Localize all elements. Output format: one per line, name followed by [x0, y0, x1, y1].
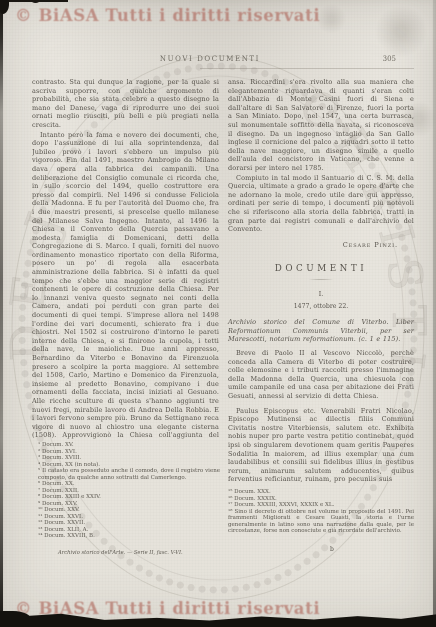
left-footnotes: ¹ Docum. XV. ² Docum. XVI. ³ Docum. XVII… [38, 442, 220, 540]
archive-citation: Archivio storico del Comune di Viterbo. … [228, 318, 414, 344]
scan-corner-bottom-left [0, 611, 32, 627]
latin-bull-text: Paulus Episcopus etc. Venerabili Fratri … [228, 407, 414, 484]
signature-mark: b [330, 546, 334, 553]
right-column: ansa. Riccardini s'era rivolto alla sua … [228, 78, 414, 478]
copyright-watermark-top: © BiASA Tutti i diritti riservati [15, 6, 320, 26]
footnote: ¹⁸ Sino il decreto di ottobre nel volume… [228, 509, 414, 535]
page-number: 305 [383, 55, 396, 63]
scan-edge-left [0, 0, 3, 627]
right-paragraph-continued: ansa. Riccardini s'era rivolto alla sua … [228, 78, 414, 173]
left-column: contrasto. Sta qui dunque la ragione, pe… [32, 78, 219, 440]
document-number: I. [228, 291, 414, 298]
footnote: ¹⁴ Docum. XXVIII, B. [38, 533, 220, 540]
footnote: ⁵ Il catasto era posseduto anche il como… [38, 468, 220, 481]
right-paragraph-closing: Compiuto in tal modo il Santuario di C. … [228, 174, 414, 234]
section-title: DOCUMENTI [228, 264, 414, 274]
section-rule [308, 279, 334, 281]
author-signature: Cesare Pinzi. [228, 241, 414, 249]
scanned-journal-page: DE J CHRISTI © BiASA Tutti i diritti ris… [0, 0, 436, 627]
left-paragraph-continued: contrasto. Sta qui dunque la ragione, pe… [32, 78, 219, 130]
document-date: 1477, ottobre 22. [228, 303, 414, 310]
running-head-title: NUOVI DOCUMENTI [0, 55, 420, 63]
journal-imprint: Archivio storico dell'Arte. — Serie II, … [58, 550, 183, 556]
scan-speck-top [32, 0, 39, 3]
header-rule [200, 68, 414, 69]
document-summary: Breve di Paolo II al Vescovo Niccolò, pe… [228, 349, 414, 401]
left-paragraph-main: Intanto però la fama e novero dei docume… [32, 131, 219, 440]
right-footnotes: ¹⁵ Docum. XXX. ¹⁶ Docum. XXXIX. ¹⁷ Docum… [228, 489, 414, 535]
